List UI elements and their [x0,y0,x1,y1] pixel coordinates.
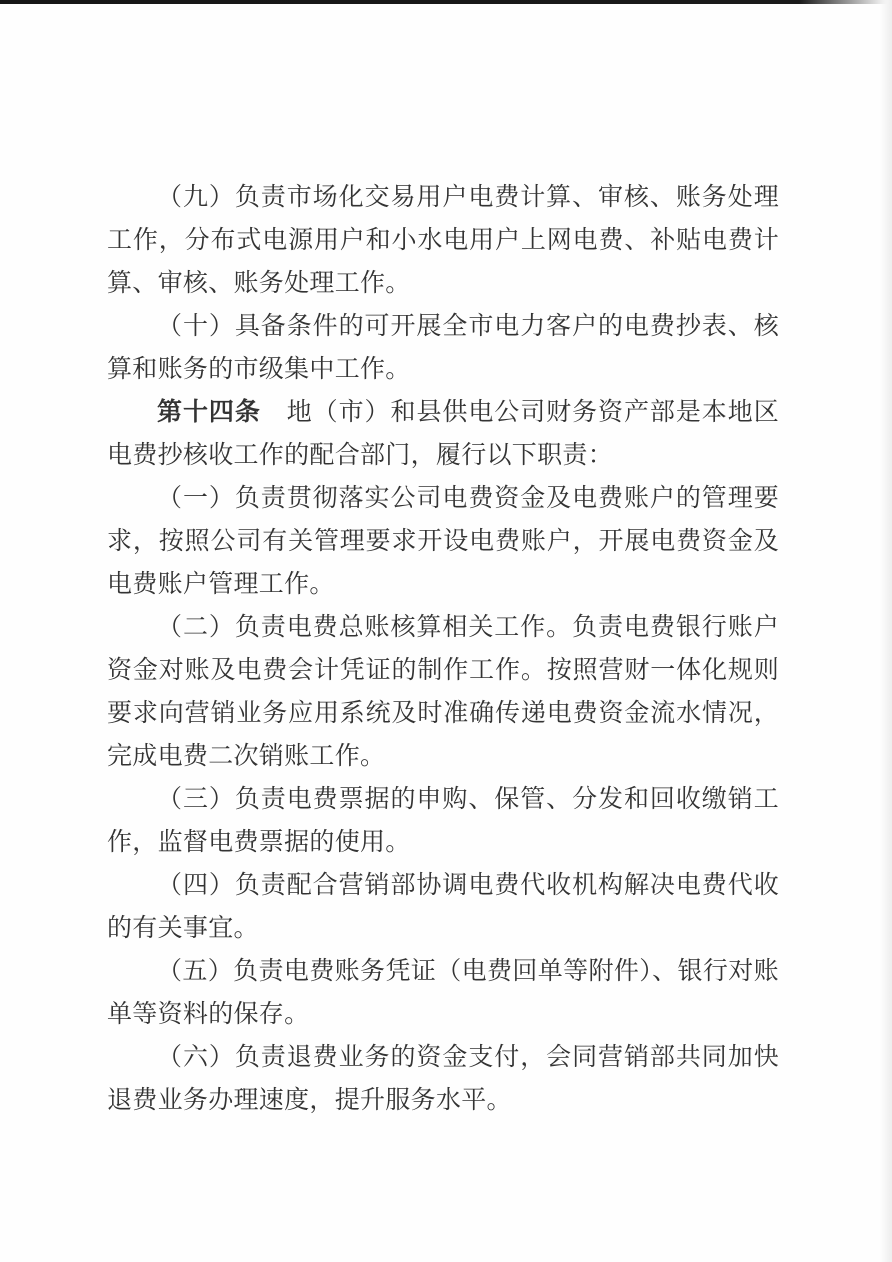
paragraph-item-3: （三）负责电费票据的申购、保管、分发和回收缴销工作，监督电费票据的使用。 [107,778,779,864]
paragraph-item-2: （二）负责电费总账核算相关工作。负责电费银行账户资金对账及电费会计凭证的制作工作… [107,606,779,778]
paragraph-text: （二）负责电费总账核算相关工作。负责电费银行账户资金对账及电费会计凭证的制作工作… [107,614,779,770]
article-number-bold: 第十四条 [157,399,261,426]
paragraph-article-14: 第十四条 地（市）和县供电公司财务资产部是本地区电费抄核收工作的配合部门，履行以… [107,391,779,477]
page-right-edge-shadow [880,0,892,1262]
paragraph-text: （五）负责电费账务凭证（电费回单等附件）、银行对账单等资料的保存。 [107,958,779,1028]
paragraph-item-10: （十）具备条件的可开展全市电力客户的电费抄表、核算和账务的市级集中工作。 [107,305,779,391]
paragraph-text: （十）具备条件的可开展全市电力客户的电费抄表、核算和账务的市级集中工作。 [107,313,779,383]
document-page: （九）负责市场化交易用户电费计算、审核、账务处理工作，分布式电源用户和小水电用户… [0,0,892,1262]
paragraph-item-9: （九）负责市场化交易用户电费计算、审核、账务处理工作，分布式电源用户和小水电用户… [107,176,779,305]
paragraph-text: （四）负责配合营销部协调电费代收机构解决电费代收的有关事宜。 [107,872,779,942]
paragraph-text: （三）负责电费票据的申购、保管、分发和回收缴销工作，监督电费票据的使用。 [107,786,779,856]
page-top-edge-shadow [0,0,888,4]
paragraph-item-4: （四）负责配合营销部协调电费代收机构解决电费代收的有关事宜。 [107,864,779,950]
paragraph-text: （六）负责退费业务的资金支付，会同营销部共同加快退费业务办理速度，提升服务水平。 [107,1044,779,1114]
paragraph-item-1: （一）负责贯彻落实公司电费资金及电费账户的管理要求，按照公司有关管理要求开设电费… [107,477,779,606]
paragraph-text: （九）负责市场化交易用户电费计算、审核、账务处理工作，分布式电源用户和小水电用户… [107,184,779,297]
paragraph-text: （一）负责贯彻落实公司电费资金及电费账户的管理要求，按照公司有关管理要求开设电费… [107,485,779,598]
document-text-block: （九）负责市场化交易用户电费计算、审核、账务处理工作，分布式电源用户和小水电用户… [107,176,779,1122]
paragraph-item-5: （五）负责电费账务凭证（电费回单等附件）、银行对账单等资料的保存。 [107,950,779,1036]
paragraph-item-6: （六）负责退费业务的资金支付，会同营销部共同加快退费业务办理速度，提升服务水平。 [107,1036,779,1122]
